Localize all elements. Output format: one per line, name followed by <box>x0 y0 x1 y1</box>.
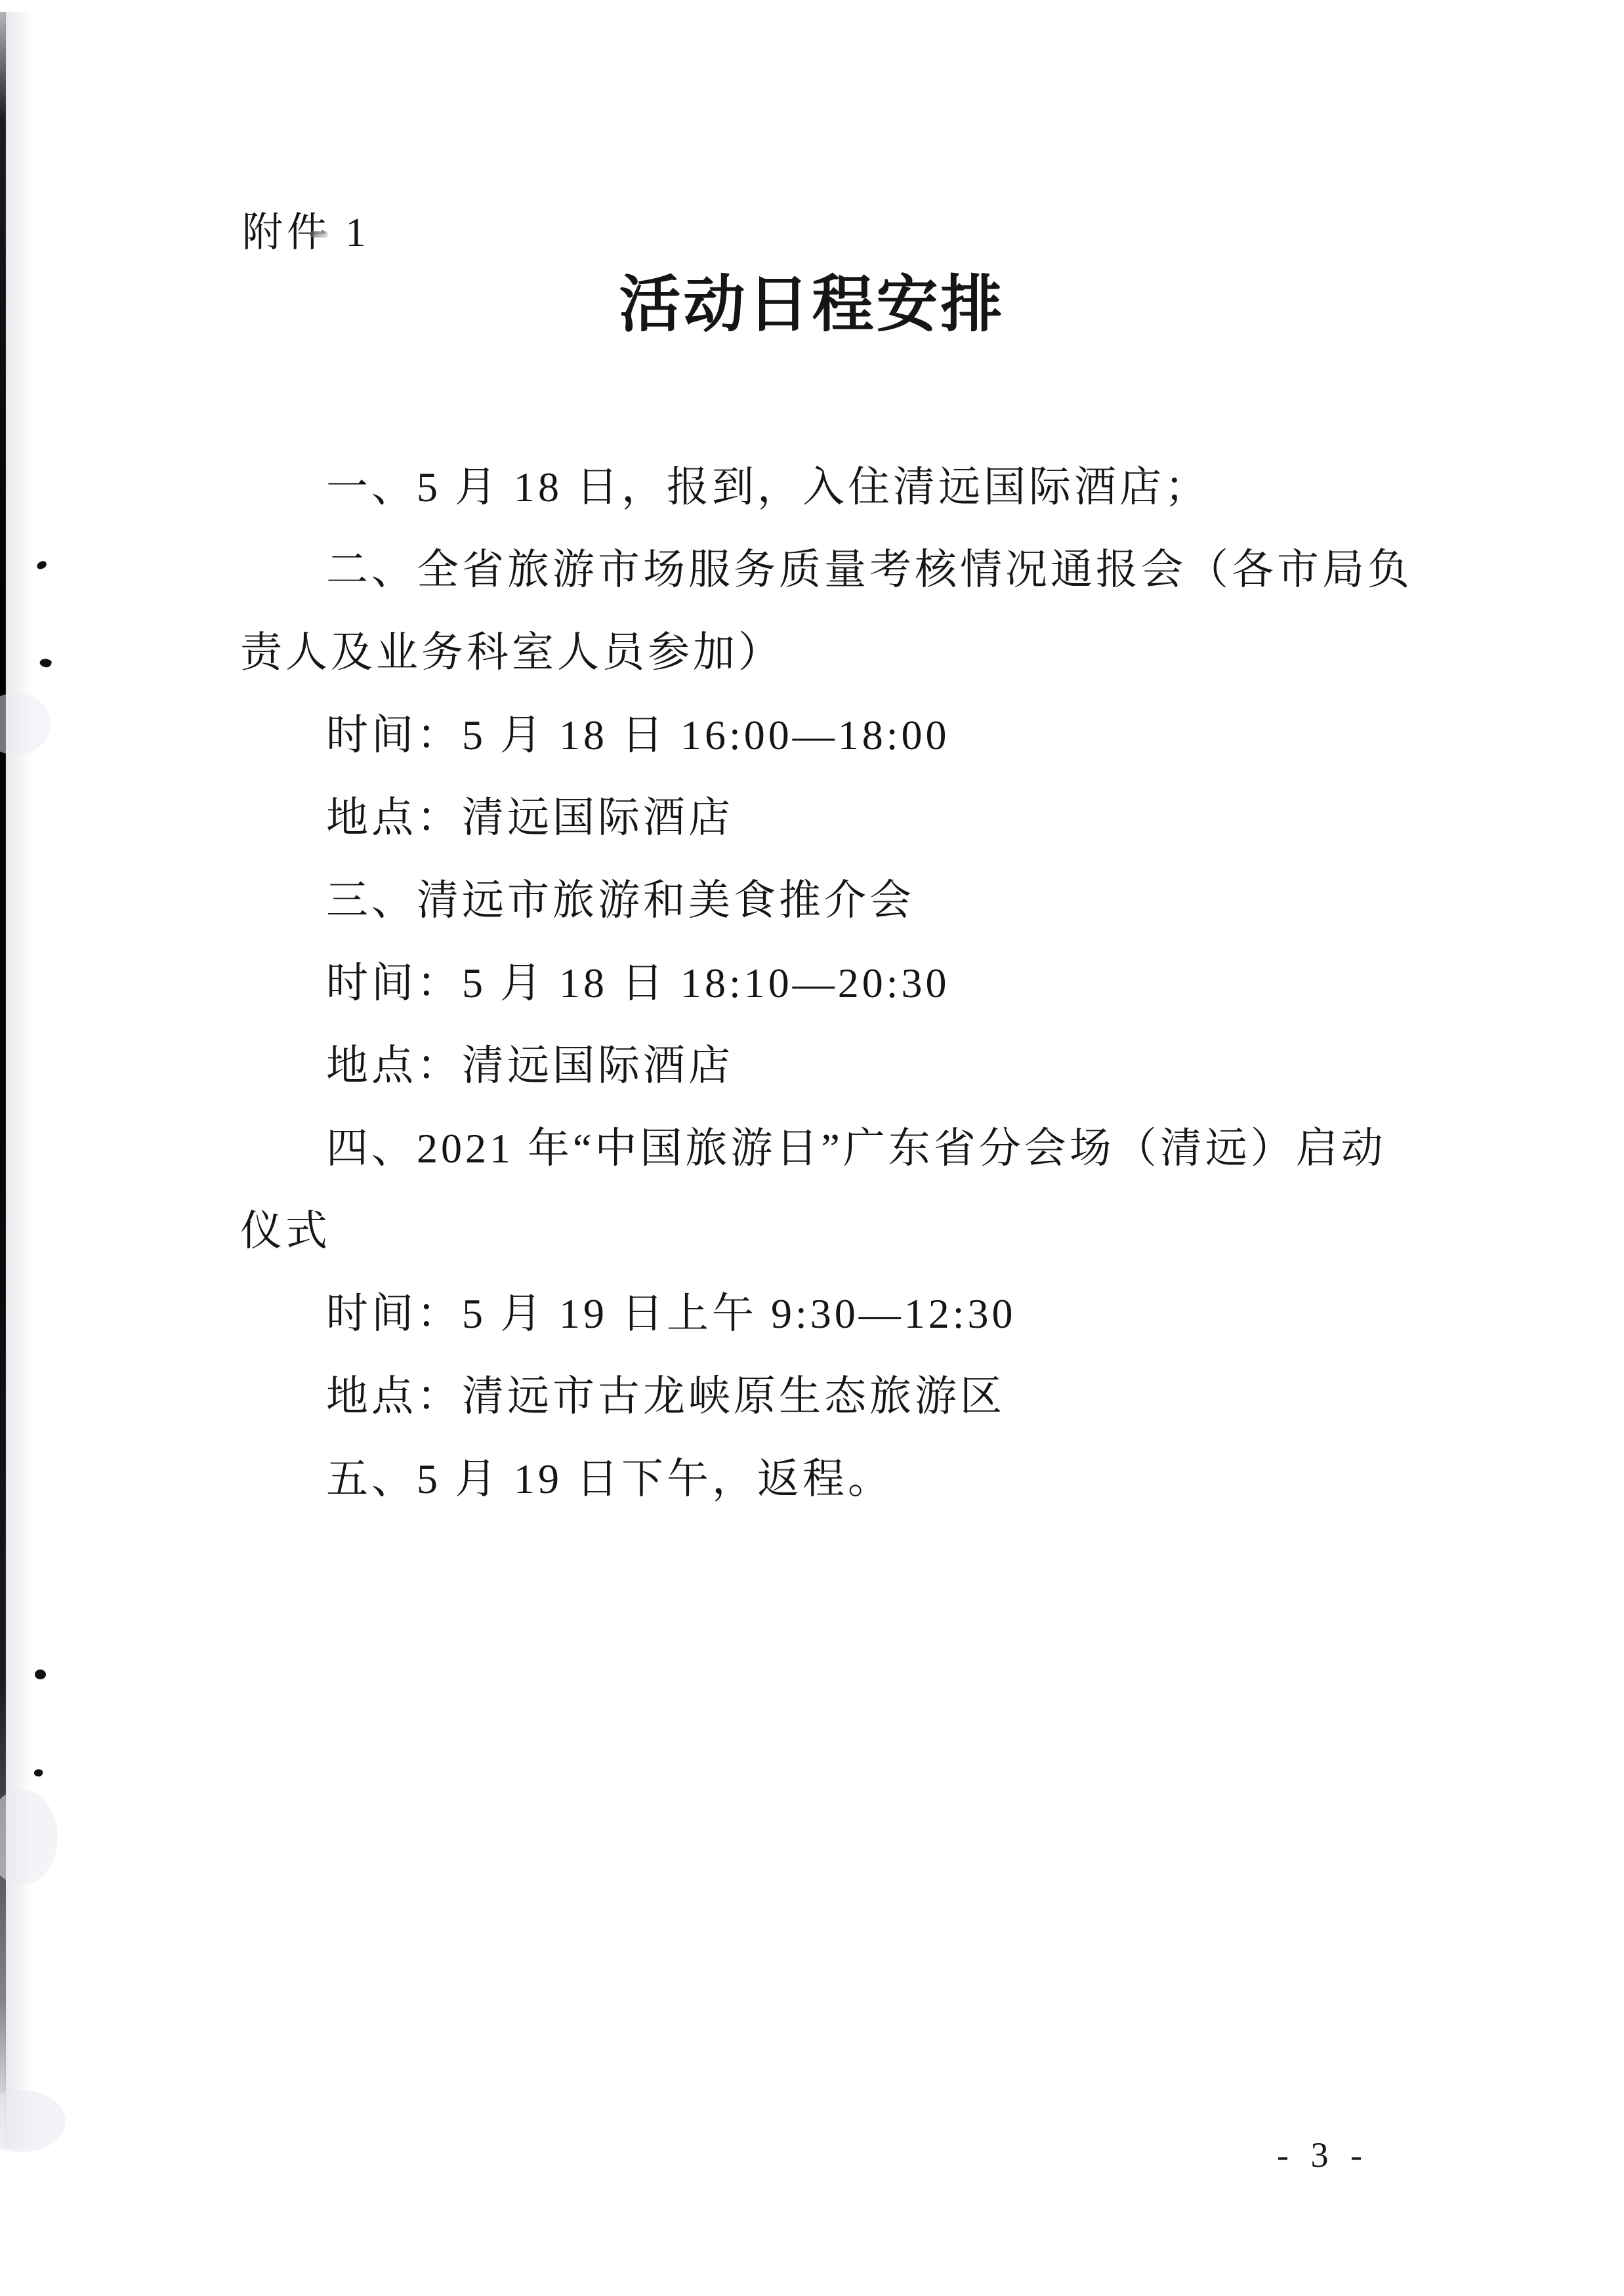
schedule-line: 地点：清远国际酒店 <box>240 1025 1428 1107</box>
schedule-line: 二、全省旅游市场服务质量考核情况通报会（各市局负 <box>240 529 1428 611</box>
schedule-line: 四、2021 年“中国旅游日”广东省分会场（清远）启动 <box>240 1107 1428 1190</box>
scan-smudge <box>310 231 328 237</box>
schedule-line: 地点：清远国际酒店 <box>240 777 1428 859</box>
schedule-line: 一、5 月 18 日，报到，入住清远国际酒店； <box>240 446 1428 529</box>
schedule-line: 时间：5 月 19 日上午 9:30—12:30 <box>240 1273 1428 1355</box>
schedule-line: 时间：5 月 18 日 18:10—20:30 <box>240 942 1428 1025</box>
schedule-line: 地点：清远市古龙峡原生态旅游区 <box>240 1355 1428 1438</box>
schedule-line: 责人及业务科室人员参加） <box>240 611 1428 694</box>
scan-speck <box>35 1670 46 1679</box>
schedule-line: 五、5 月 19 日下午，返程。 <box>240 1438 1428 1521</box>
schedule-line: 仪式 <box>240 1190 1428 1273</box>
schedule-line: 时间：5 月 18 日 16:00—18:00 <box>240 694 1428 777</box>
scan-blotch <box>0 2090 66 2152</box>
page-number: - 3 - <box>1277 2135 1369 2175</box>
scan-speck <box>33 1769 43 1777</box>
scan-speck <box>36 560 48 570</box>
scan-blotch <box>0 1790 58 1885</box>
page-title: 活动日程安排 <box>0 262 1624 348</box>
scan-speck <box>39 657 52 669</box>
attachment-label: 附件 1 <box>242 209 370 257</box>
schedule-line: 三、清远市旅游和美食推介会 <box>240 859 1428 942</box>
document-page: 附件 1 活动日程安排 一、5 月 18 日，报到，入住清远国际酒店； 二、全省… <box>0 0 1624 2296</box>
scan-blotch <box>0 693 51 755</box>
schedule-text-block: 一、5 月 18 日，报到，入住清远国际酒店； 二、全省旅游市场服务质量考核情况… <box>240 446 1428 1521</box>
